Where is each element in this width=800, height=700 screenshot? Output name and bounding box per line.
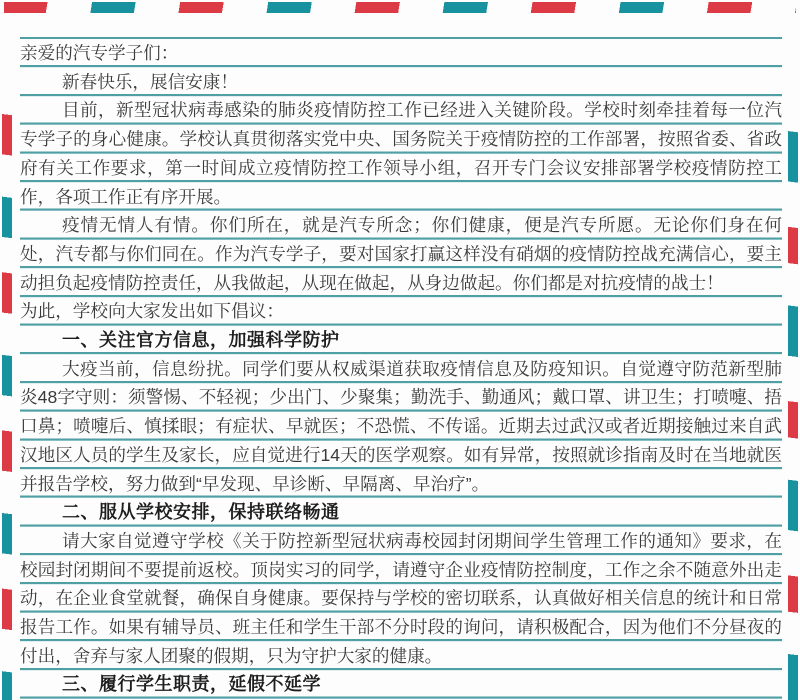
letter-greeting: 新春快乐，展信安康！ [20, 68, 782, 97]
airmail-border-right [788, 90, 798, 700]
section-1-heading: 一、关注官方信息，加强科学防护 [20, 326, 782, 355]
letter-page: 亲爱的汽专学子们： 新春快乐，展信安康！ 目前，新型冠状病毒感染的肺炎疫情防控工… [0, 0, 800, 700]
section-1-body: 大疫当前，信息纷扰。同学们要从权威渠道获取疫情信息及防疫知识。自觉遵守防范新型肺… [20, 355, 782, 499]
airmail-border-left [2, 80, 12, 700]
airmail-border-top [4, 2, 796, 13]
section-3-heading: 三、履行学生职责，延假不延学 [20, 670, 782, 699]
letter-content: 亲爱的汽专学子们： 新春快乐，展信安康！ 目前，新型冠状病毒感染的肺炎疫情防控工… [20, 37, 782, 700]
letter-paragraph-2: 疫情无情人有情。你们所在，就是汽专所念；你们健康，便是汽专所愿。无论你们身在何处… [20, 211, 782, 297]
letter-lead-in: 为此，学校向大家发出如下倡议： [20, 297, 782, 326]
section-2-heading: 二、服从学校安排，保持联络畅通 [20, 498, 782, 527]
letter-paragraph-1: 目前，新型冠状病毒感染的肺炎疫情防控工作已经进入关键阶段。学校时刻牵挂着每一位汽… [20, 96, 782, 211]
letter-salutation: 亲爱的汽专学子们： [20, 39, 782, 68]
section-2-body: 请大家自觉遵守学校《关于防控新型冠状病毒校园封闭期间学生管理工作的通知》要求，在… [20, 527, 782, 671]
